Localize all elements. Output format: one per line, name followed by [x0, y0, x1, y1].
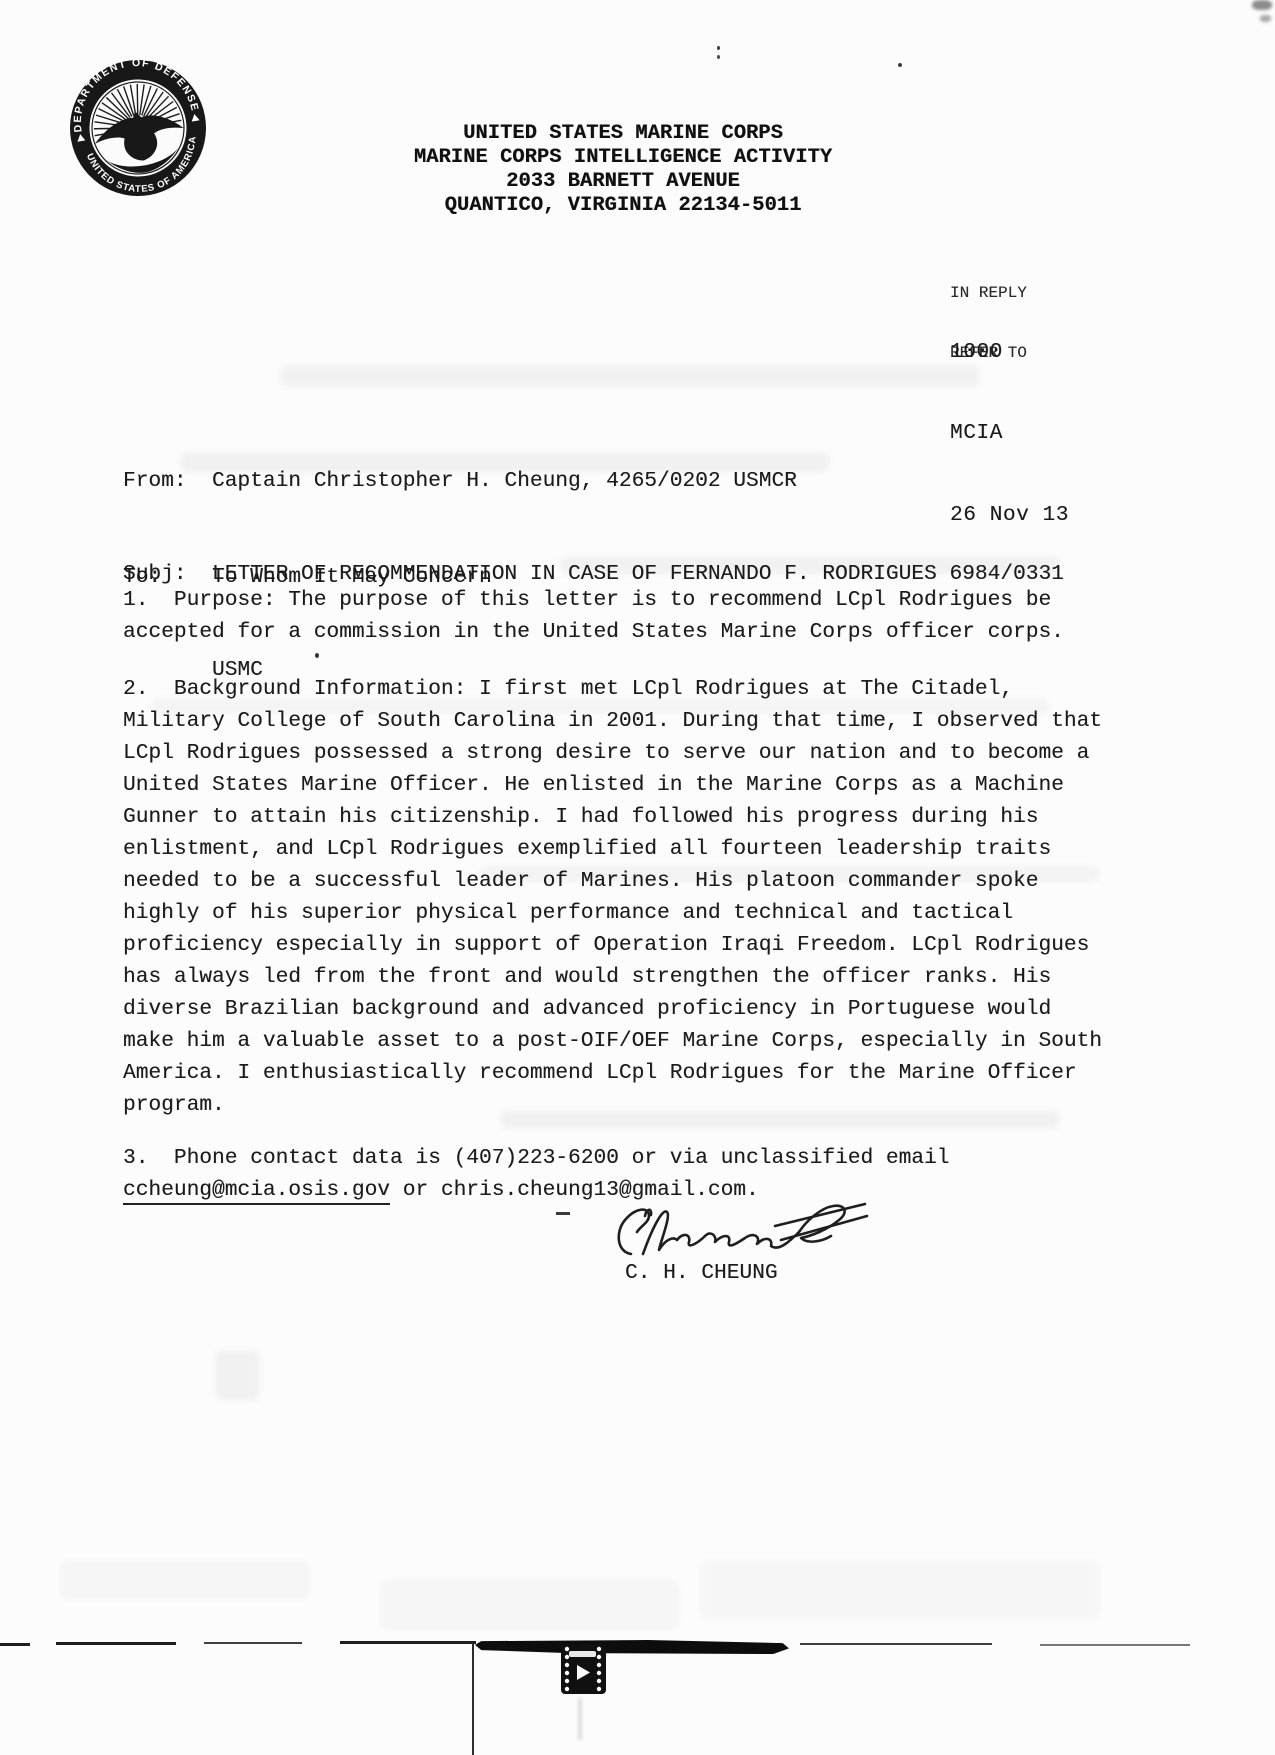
paragraph-2-line: Gunner to attain his citizenship. I had …	[123, 801, 1102, 833]
department-of-defense-seal: DEPARTMENT OF DEFENSE UNITED STATES OF A…	[66, 56, 210, 200]
scan-smudge	[700, 1560, 1100, 1620]
scan-line-segment	[56, 1642, 176, 1645]
signature-cross-stroke-2	[781, 1216, 867, 1240]
letterhead-line2: MARINE CORPS INTELLIGENCE ACTIVITY	[273, 146, 973, 170]
scan-smudge	[60, 1560, 310, 1600]
scan-smudge	[500, 1110, 1060, 1128]
scan-smudge-tail	[578, 1698, 582, 1740]
letterhead-line4: QUANTICO, VIRGINIA 22134-5011	[273, 194, 973, 218]
paragraph-2-line: LCpl Rodrigues possessed a strong desire…	[123, 737, 1102, 769]
typed-signature-name: C. H. CHEUNG	[625, 1261, 778, 1285]
scan-smudge	[215, 1350, 260, 1400]
scan-line-segment	[340, 1641, 476, 1644]
scan-smudge	[150, 698, 1050, 714]
signature-cross-stroke-1	[775, 1204, 865, 1226]
letterhead-line3: 2033 BARNETT AVENUE	[273, 170, 973, 194]
paragraph-2-line: enlistment, and LCpl Rodrigues exemplifi…	[123, 833, 1102, 865]
scanned-letter-page: DEPARTMENT OF DEFENSE UNITED STATES OF A…	[0, 0, 1275, 1755]
scan-speck	[717, 46, 720, 50]
pen-dash-mark	[556, 1212, 570, 1215]
paragraph-2-line: has always led from the front and would …	[123, 961, 1102, 993]
scan-smudge	[180, 452, 830, 472]
paragraph-1-line: 1. Purpose: The purpose of this letter i…	[123, 584, 1064, 616]
paragraph-3-line1: 3. Phone contact data is (407)223-6200 o…	[123, 1142, 949, 1174]
from-value: Captain Christopher H. Cheung, 4265/0202…	[212, 469, 797, 493]
filmstrip-artifact-icon	[560, 1644, 607, 1696]
office-code: MCIA	[950, 420, 1069, 447]
letterhead-line1: UNITED STATES MARINE CORPS	[273, 122, 973, 146]
scan-line-segment	[204, 1642, 302, 1644]
ssic-code: 1000	[950, 339, 1069, 366]
paragraph-2-line: proficiency especially in support of Ope…	[123, 929, 1102, 961]
scan-smudge	[560, 556, 1060, 574]
paragraph-2-line: highly of his superior physical performa…	[123, 897, 1102, 929]
paragraph-1: 1. Purpose: The purpose of this letter i…	[123, 584, 1064, 648]
corner-scan-smudge	[1260, 15, 1271, 22]
scan-smudge	[280, 365, 980, 387]
scan-smudge	[380, 1580, 680, 1630]
scan-vertical-line	[472, 1643, 474, 1755]
scan-speck	[898, 63, 902, 67]
paragraph-1-line: accepted for a commission in the United …	[123, 616, 1064, 648]
scan-line-segment	[800, 1643, 992, 1645]
letterhead: UNITED STATES MARINE CORPS MARINE CORPS …	[273, 122, 973, 218]
scan-line-segment	[0, 1643, 30, 1646]
scan-bar-artifact	[475, 1640, 789, 1654]
paragraph-2-line: diverse Brazilian background and advance…	[123, 993, 1102, 1025]
paragraph-2: 2. Background Information: I first met L…	[123, 673, 1102, 1121]
scan-speck	[315, 653, 319, 658]
corner-scan-smudge	[1252, 0, 1272, 10]
scan-line-segment	[1040, 1644, 1190, 1646]
paragraph-2-line: United States Marine Officer. He enliste…	[123, 769, 1102, 801]
paragraph-2-line: America. I enthusiastically recommend LC…	[123, 1057, 1102, 1089]
paragraph-2-line: make him a valuable asset to a post-OIF/…	[123, 1025, 1102, 1057]
scan-smudge	[480, 866, 1100, 882]
email-underlined: ccheung@mcia.osis.gov	[123, 1178, 390, 1205]
